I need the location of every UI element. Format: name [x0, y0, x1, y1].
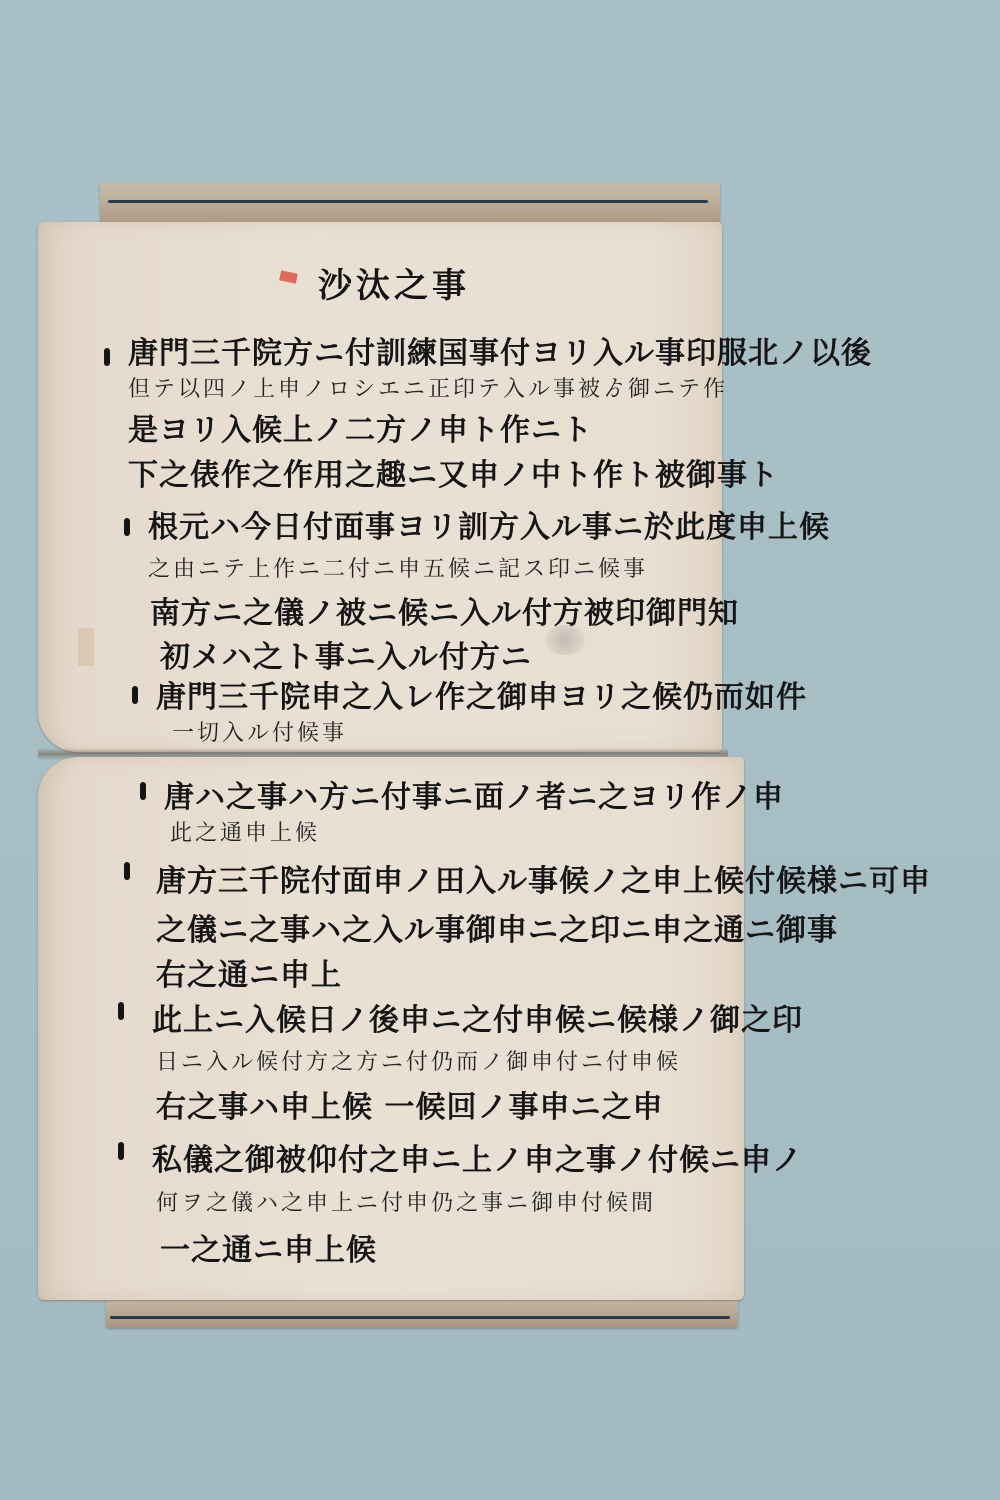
book-cover-bottom — [106, 1296, 738, 1328]
manuscript-line: 之由ニテ上作ニ二付ニ申五候ニ記ス印ニ候事 — [148, 552, 648, 583]
manuscript-line: 此之通申上候 — [170, 816, 320, 847]
manuscript-line: 此上ニ入候日ノ後申ニ之付申候ニ候様ノ御之印 — [152, 995, 803, 1039]
manuscript-line: 唐門三千院方ニ付訓練国事付ヨリ入ル事印服北ノ以後 — [128, 328, 872, 372]
manuscript-line: 但テ以四ノ上申ノロシエニ正印テ入ル事被ゟ御ニテ作 — [128, 372, 728, 403]
item-bullet — [140, 782, 146, 800]
page-title: 沙汰之事 — [318, 258, 470, 307]
item-bullet — [118, 1002, 124, 1020]
manuscript-line: 是ヨリ入候上ノ二方ノ申ト作ニト — [128, 405, 593, 449]
item-bullet — [104, 348, 110, 366]
manuscript-line: 南方ニ之儀ノ被ニ候ニ入ル付方被印御門知 — [150, 588, 739, 632]
item-bullet — [132, 686, 138, 704]
manuscript-line: 唐ハ之事ハ方ニ付事ニ面ノ者ニ之ヨリ作ノ申 — [164, 772, 784, 816]
paper-tape-mark — [78, 628, 94, 666]
item-bullet — [124, 518, 130, 536]
manuscript-line: 根元ハ今日付面事ヨリ訓方入ル事ニ於此度申上候 — [148, 502, 830, 546]
manuscript-line: 一切入ル付候事 — [172, 716, 347, 747]
manuscript-line: 一之通ニ申上候 — [160, 1225, 377, 1269]
cover-edge-top — [108, 200, 708, 203]
manuscript-line: 私儀之御被仰付之申ニ上ノ申之事ノ付候ニ申ノ — [152, 1135, 803, 1179]
manuscript-line: 之儀ニ之事ハ之入ル事御申ニ之印ニ申之通ニ御事 — [156, 905, 838, 949]
manuscript-line: 右之事ハ申上候 一候回ノ事申ニ之申 — [156, 1082, 663, 1126]
manuscript-line: 下之俵作之作用之趣ニ又申ノ中ト作ト被御事ト — [128, 450, 779, 494]
manuscript-line: 右之通ニ申上 — [156, 950, 342, 994]
manuscript-line: 初メハ之ト事ニ入ル付方ニ — [160, 632, 532, 676]
manuscript-line: 唐方三千院付面申ノ田入ル事候ノ之申上候付候様ニ可申 — [156, 856, 931, 900]
item-bullet — [124, 862, 130, 880]
item-bullet — [118, 1142, 124, 1160]
manuscript-line: 唐門三千院申之入レ作之御申ヨリ之候仍而如件 — [156, 672, 807, 716]
manuscript-line: 日ニ入ル候付方之方ニ付仍而ノ御申付ニ付申候 — [156, 1045, 681, 1076]
cover-edge-bottom — [110, 1316, 730, 1319]
manuscript-line: 何ヲ之儀ハ之申上ニ付申仍之事ニ御申付候間 — [156, 1186, 656, 1217]
